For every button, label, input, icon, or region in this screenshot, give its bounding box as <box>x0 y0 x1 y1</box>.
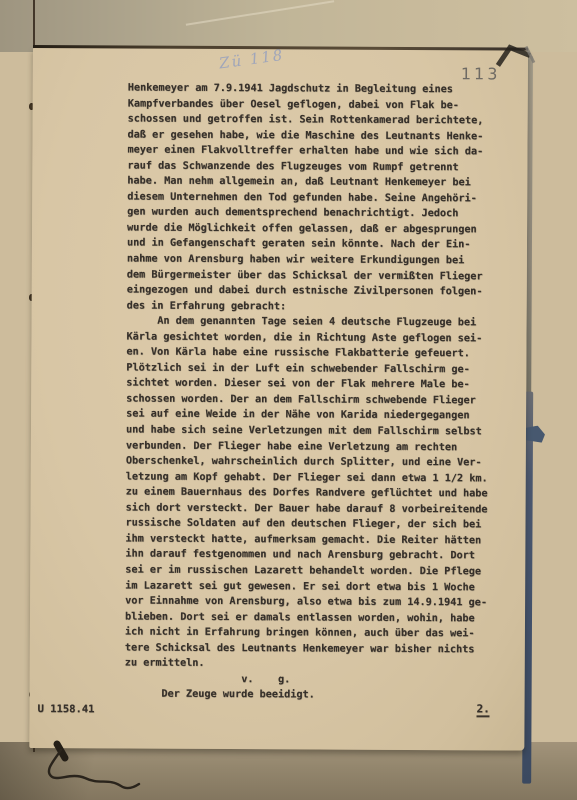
loose-thread <box>15 738 165 798</box>
page-number-stamp: 113 <box>461 64 501 83</box>
file-reference-number: U 1158.41 <box>38 703 95 715</box>
handwritten-annotation: Zü 118 <box>218 46 285 73</box>
typed-page-number: 2. <box>476 702 489 717</box>
surface-scratch <box>186 0 334 25</box>
page-paper: Zü 118 113 Henkemeyer am 7.9.1941 Jagdsc… <box>29 47 528 751</box>
desk-surface-top <box>0 0 577 52</box>
typed-body-text: Henkemeyer am 7.9.1941 Jagdschutz in Beg… <box>125 80 490 704</box>
corner-fold-mark <box>495 42 537 70</box>
archive-scan: Zü 118 113 Henkemeyer am 7.9.1941 Jagdsc… <box>0 0 577 800</box>
document-page: Zü 118 113 Henkemeyer am 7.9.1941 Jagdsc… <box>29 47 528 751</box>
